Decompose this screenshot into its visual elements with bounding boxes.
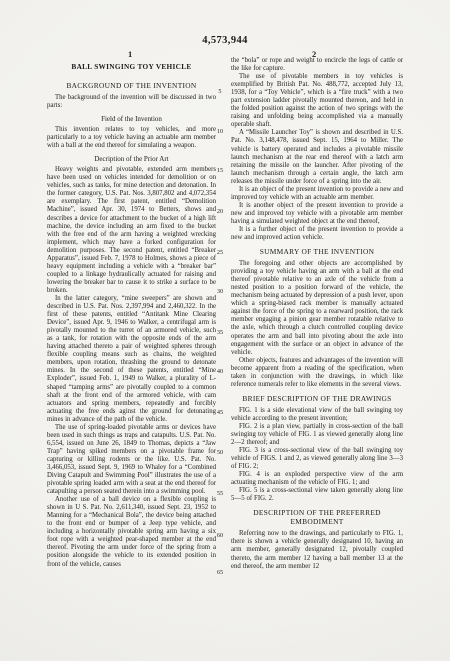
section-heading-background: BACKGROUND OF THE INVENTION — [47, 81, 216, 90]
section-heading-embodiment: DESCRIPTION OF THE PREFERRED EMBODIMENT — [231, 508, 403, 526]
paragraph-prior-art-2: In the latter category, “mine sweepers” … — [47, 295, 216, 424]
paragraph-summary-2: Other objects, features and advantages o… — [231, 357, 403, 389]
paragraph-toy-vehicle: The use of pivotable members in toy vehi… — [231, 73, 403, 129]
patent-page: 4,573,944 1 2 5 10 15 20 25 30 35 40 45 … — [0, 0, 450, 661]
paragraph-figure-5: FIG. 5 is a cross-sectional view taken g… — [231, 487, 403, 503]
paragraph-figure-1: FIG. 1 is a side elevational view of the… — [231, 407, 403, 423]
section-heading-summary: SUMMARY OF THE INVENTION — [231, 247, 403, 256]
paragraph-missile-launcher: A “Missile Launcher Toy” is shown and de… — [231, 129, 403, 185]
column-number-left: 1 — [128, 49, 132, 59]
paragraph-figure-2: FIG. 2 is a plan view, partially in cros… — [231, 423, 403, 447]
paragraph-object-2: It is another object of the present inve… — [231, 202, 403, 226]
paragraph-prior-art-3: The use of spring-loaded pivotable arms … — [47, 424, 216, 496]
paragraph-background-intro: The background of the invention will be … — [47, 94, 216, 110]
paragraph-field-of-invention: This invention relates to toy vehicles, … — [47, 126, 216, 150]
paragraph-embodiment: Referring now to the drawings, and parti… — [231, 530, 403, 570]
subsection-heading-field-of-invention: Field of the Invention — [47, 115, 216, 123]
paragraph-object-1: It is an object of the present invention… — [231, 186, 403, 202]
paragraph-summary-1: The foregoing and other objects are acco… — [231, 260, 403, 357]
patent-number: 4,573,944 — [0, 35, 450, 46]
column-left: BALL SWINGING TOY VEHICLE BACKGROUND OF … — [47, 62, 216, 569]
subsection-heading-prior-art: Decription of the Prior Art — [47, 155, 216, 163]
paragraph-continuation: the “bola” or rope and weight to encircl… — [231, 57, 403, 73]
invention-title: BALL SWINGING TOY VEHICLE — [47, 62, 216, 71]
gutter-line-number: 65 — [213, 569, 227, 576]
paragraph-object-3: It is a further object of the present in… — [231, 226, 403, 242]
paragraph-figure-4: FIG. 4 is an exploded perspective view o… — [231, 471, 403, 487]
paragraph-figure-3: FIG. 3 is a cross-sectional view of the … — [231, 447, 403, 471]
section-heading-drawings: BRIEF DESCRIPTION OF THE DRAWINGS — [231, 394, 403, 403]
column-right: the “bola” or rope and weight to encircl… — [231, 57, 403, 571]
paragraph-prior-art-4: Another use of a ball device on a flexib… — [47, 496, 216, 568]
paragraph-prior-art-1: Heavy weights and pivotable, extended ar… — [47, 166, 216, 295]
